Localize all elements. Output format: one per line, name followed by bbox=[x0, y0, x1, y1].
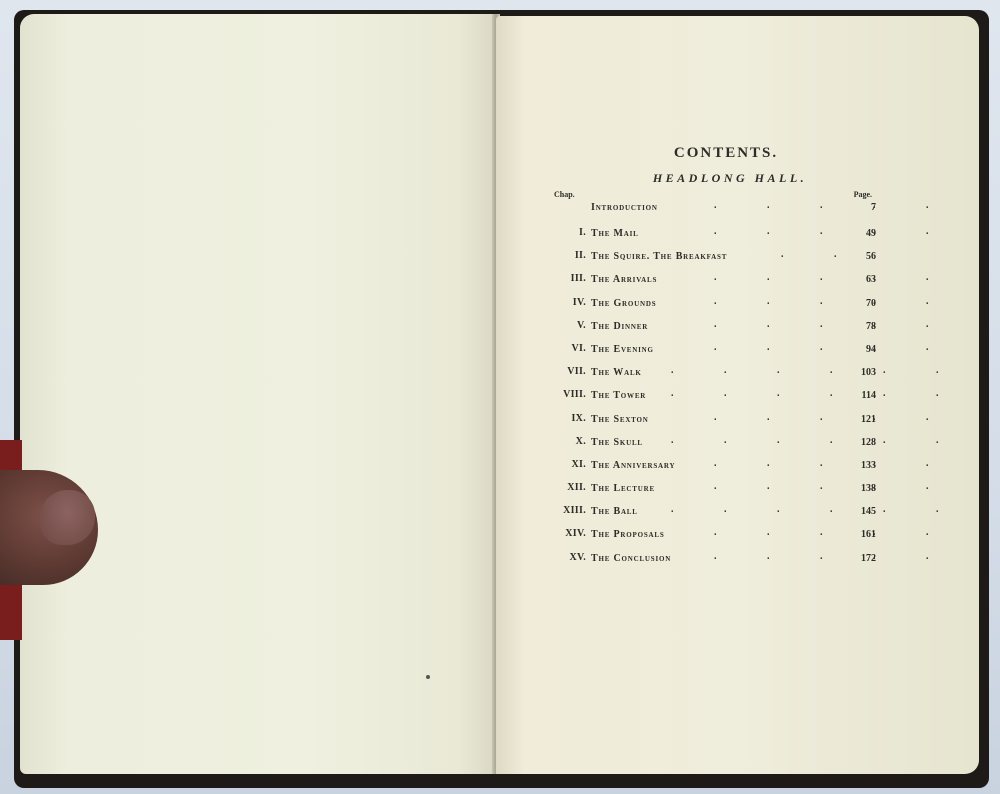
dot-leader: . . . . . bbox=[714, 481, 834, 492]
table-of-contents: CONTENTS. HEADLONG HALL. Chap. Page. Int… bbox=[546, 140, 886, 572]
dot-leader: . . . . . . bbox=[671, 504, 841, 515]
contents-entry: XV. The Conclusion . . . . . 172 bbox=[546, 549, 886, 572]
contents-entry: V. The Dinner . . . . . 78 bbox=[546, 317, 886, 340]
chapter-number: XIII. bbox=[563, 505, 586, 516]
page-number: 114 bbox=[862, 390, 876, 401]
chapter-number: X. bbox=[576, 436, 586, 447]
paper-speck bbox=[426, 675, 430, 679]
chapter-title: The Lecture bbox=[591, 483, 655, 494]
contents-heading: CONTENTS. bbox=[566, 140, 886, 166]
thumbnail-nail bbox=[40, 490, 95, 545]
chapter-number: II. bbox=[575, 250, 586, 261]
chapter-number: VI. bbox=[571, 343, 586, 354]
chapter-number: XI. bbox=[571, 459, 586, 470]
chapter-number: XV. bbox=[569, 552, 586, 563]
book-title: HEADLONG HALL. bbox=[574, 166, 886, 190]
chapter-number: V. bbox=[577, 320, 586, 331]
page-number: 7 bbox=[871, 202, 876, 213]
chapter-title: The Evening bbox=[591, 344, 654, 355]
page-number: 78 bbox=[866, 321, 876, 332]
contents-entry: VIII. The Tower . . . . . . 114 bbox=[546, 386, 886, 409]
page-number: 128 bbox=[861, 437, 876, 448]
chapter-title: The Walk bbox=[591, 367, 642, 378]
page-number: 94 bbox=[866, 344, 876, 355]
chapter-number: I. bbox=[579, 227, 586, 238]
left-page bbox=[20, 14, 496, 774]
dot-leader: . . . . . bbox=[714, 296, 834, 307]
chapter-title: The Sexton bbox=[591, 414, 649, 425]
chapter-title: The Skull bbox=[591, 437, 643, 448]
chapter-title: The Squire. The Breakfast bbox=[591, 251, 727, 262]
page-number: 103 bbox=[861, 367, 876, 378]
dot-leader: . . . . . bbox=[714, 226, 834, 237]
contents-entry: I. The Mail . . . . . 49 bbox=[546, 224, 886, 247]
chapter-title: The Dinner bbox=[591, 321, 648, 332]
page-number: 145 bbox=[861, 506, 876, 517]
contents-entry: XII. The Lecture . . . . . 138 bbox=[546, 479, 886, 502]
contents-entry: IX. The Sexton . . . . . 121 bbox=[546, 410, 886, 433]
show-through-text bbox=[300, 134, 490, 374]
dot-leader: . . . . . bbox=[714, 412, 834, 423]
dot-leader: . . . . . . bbox=[671, 365, 841, 376]
chapter-column-header: Chap. bbox=[554, 190, 575, 199]
chapter-title: Introduction bbox=[591, 202, 658, 213]
contents-entry: III. The Arrivals . . . . . 63 bbox=[546, 270, 886, 293]
contents-list: Introduction . . . . . 7 I. The Mail . .… bbox=[546, 202, 886, 572]
page-number: 172 bbox=[861, 553, 876, 564]
chapter-number: VII. bbox=[567, 366, 586, 377]
chapter-title: The Grounds bbox=[591, 298, 656, 309]
dot-leader: . . . . . bbox=[714, 458, 834, 469]
chapter-title: The Tower bbox=[591, 390, 646, 401]
page-column-header: Page. bbox=[854, 190, 872, 199]
page-number: 56 bbox=[866, 251, 876, 262]
dot-leader: . . . . . . bbox=[671, 435, 841, 446]
chapter-title: The Proposals bbox=[591, 529, 665, 540]
chapter-title: The Ball bbox=[591, 506, 638, 517]
page-number: 70 bbox=[866, 298, 876, 309]
chapter-title: The Anniversary bbox=[591, 460, 675, 471]
contents-entry: VI. The Evening . . . . . 94 bbox=[546, 340, 886, 363]
dot-leader: . . . . . bbox=[714, 527, 834, 538]
contents-entry: XIII. The Ball . . . . . . 145 bbox=[546, 502, 886, 525]
page-number: 63 bbox=[866, 274, 876, 285]
chapter-title: The Arrivals bbox=[591, 274, 657, 285]
page-number: 138 bbox=[861, 483, 876, 494]
chapter-title: The Mail bbox=[591, 228, 639, 239]
chapter-number: VIII. bbox=[563, 389, 586, 400]
contents-entry: X. The Skull . . . . . . 128 bbox=[546, 433, 886, 456]
page-number: 161 bbox=[861, 529, 876, 540]
chapter-number: XII. bbox=[567, 482, 586, 493]
page-number: 133 bbox=[861, 460, 876, 471]
contents-entry: VII. The Walk . . . . . . 103 bbox=[546, 363, 886, 386]
dot-leader: . . . . . bbox=[714, 200, 834, 211]
contents-entry: XIV. The Proposals . . . . . 161 bbox=[546, 525, 886, 548]
chapter-number: IV. bbox=[573, 297, 586, 308]
page-number: 121 bbox=[861, 414, 876, 425]
page-number: 49 bbox=[866, 228, 876, 239]
dot-leader: . . . . . . bbox=[671, 388, 841, 399]
dot-leader: . . bbox=[781, 249, 841, 260]
dot-leader: . . . . . bbox=[714, 342, 834, 353]
dot-leader: . . . . . bbox=[714, 551, 834, 562]
contents-entry: Introduction . . . . . 7 bbox=[546, 202, 886, 224]
chapter-title: The Conclusion bbox=[591, 553, 671, 564]
contents-entry: XI. The Anniversary . . . . . 133 bbox=[546, 456, 886, 479]
dot-leader: . . . . . bbox=[714, 272, 834, 283]
chapter-number: IX. bbox=[571, 413, 586, 424]
contents-entry: IV. The Grounds . . . . . 70 bbox=[546, 294, 886, 317]
chapter-number: XIV. bbox=[565, 528, 586, 539]
dot-leader: . . . . . bbox=[714, 319, 834, 330]
chapter-number: III. bbox=[571, 273, 586, 284]
contents-entry: II. The Squire. The Breakfast . . 56 bbox=[546, 247, 886, 270]
